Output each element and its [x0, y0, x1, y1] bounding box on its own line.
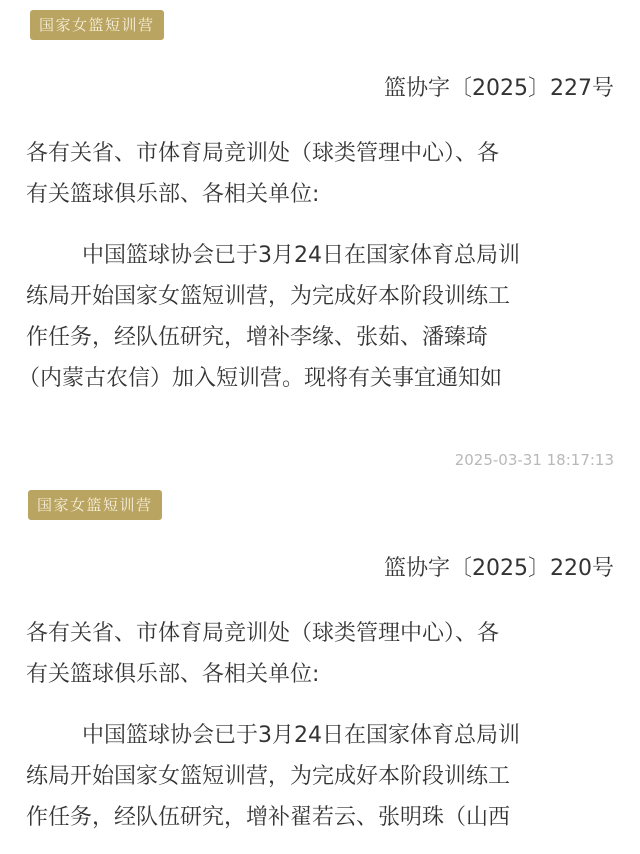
topic-tag[interactable]: 国家女篮短训营	[30, 10, 164, 40]
body-line: 中国篮球协会已于3月24日在国家体育总局训	[26, 235, 620, 276]
body-line: （内蒙古农信）加入短训营。现将有关事宜通知如	[18, 358, 620, 399]
body-line: 作任务，经队伍研究，增补翟若云、张明珠（山西	[26, 797, 620, 838]
post-timestamp: 2025-03-31 18:17:13	[455, 451, 614, 469]
salutation-line: 各有关省、市体育局竞训处（球类管理中心）、各	[26, 613, 620, 654]
document-number: 篮协字〔2025〕227号	[384, 74, 614, 104]
body-line: 中国篮球协会已于3月24日在国家体育总局训	[26, 715, 620, 756]
body-line: 作任务，经队伍研究，增补李缘、张茹、潘臻琦	[26, 317, 620, 358]
notice-body: 各有关省、市体育局竞训处（球类管理中心）、各 有关篮球俱乐部、各相关单位: 中国…	[26, 133, 620, 399]
topic-tag[interactable]: 国家女篮短训营	[28, 490, 162, 520]
notice-post-2: 国家女篮短训营 篮协字〔2025〕220号 各有关省、市体育局竞训处（球类管理中…	[0, 480, 640, 854]
body-line: 练局开始国家女篮短训营，为完成好本阶段训练工	[26, 276, 620, 317]
notice-post-1: 国家女篮短训营 篮协字〔2025〕227号 各有关省、市体育局竞训处（球类管理中…	[0, 0, 640, 480]
salutation-line: 各有关省、市体育局竞训处（球类管理中心）、各	[26, 133, 620, 174]
document-number: 篮协字〔2025〕220号	[384, 554, 614, 584]
body-line: 练局开始国家女篮短训营，为完成好本阶段训练工	[26, 756, 620, 797]
notice-body: 各有关省、市体育局竞训处（球类管理中心）、各 有关篮球俱乐部、各相关单位: 中国…	[26, 613, 620, 838]
salutation-line: 有关篮球俱乐部、各相关单位:	[26, 174, 620, 215]
salutation-line: 有关篮球俱乐部、各相关单位:	[26, 654, 620, 695]
